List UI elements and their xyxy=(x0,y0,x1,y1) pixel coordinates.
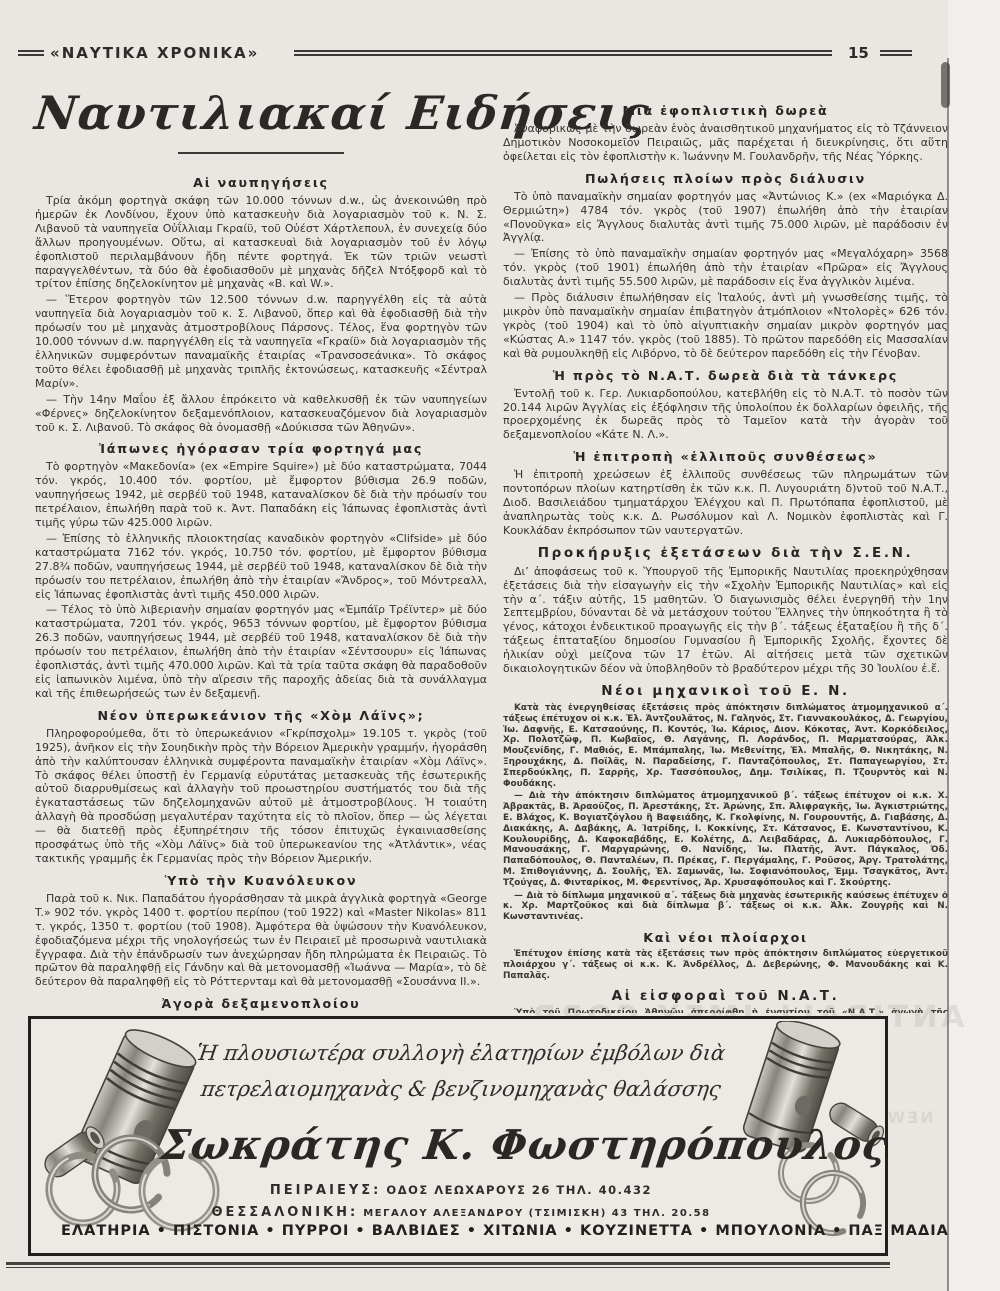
journal-title: «ΝΑΥΤΙΚΑ ΧΡΟΝΙΚΑ» xyxy=(50,44,259,62)
article-heading: Ἰάπωνες ἠγόρασαν τρία φορτηγά μας xyxy=(35,441,487,456)
ad-city-label: ΘΕΣΣΑΛΟΝΙΚΗ: xyxy=(211,1205,358,1220)
article: Προκήρυξις ἐξετάσεων διὰ τὴν Σ.Ε.Ν.Δι’ ἀ… xyxy=(503,545,948,676)
article-heading: Ἡ πρὸς τὸ Ν.Α.Τ. δωρεὰ διὰ τὰ τάνκερς xyxy=(503,368,948,383)
article-paragraph: Δι’ ἀποφάσεως τοῦ κ. Ὑπουργοῦ τῆς Ἐμπορι… xyxy=(503,565,948,676)
article-paragraph: — Ἕτερον φορτηγὸν τῶν 12.500 τόννων d.w.… xyxy=(35,293,487,390)
article: Ἡ πρὸς τὸ Ν.Α.Τ. δωρεὰ διὰ τὰ τάνκερςἘντ… xyxy=(503,368,948,443)
article-heading: Νέοι μηχανικοὶ τοῦ Ε. Ν. xyxy=(503,683,948,699)
left-column: Αἱ ναυπηγήσειςΤρία ἀκόμη φορτηγὰ σκάφη τ… xyxy=(35,168,487,1013)
article-paragraph: Παρὰ τοῦ κ. Νικ. Παπαδάτου ἠγοράσθησαν τ… xyxy=(35,892,487,989)
article-heading: Νέον ὑπερωκεάνιον τῆς «Χὸμ Λάϊνς»; xyxy=(35,708,487,723)
article-paragraph: Ἀναφορικῶς μὲ τὴν δωρεὰν ἑνὸς ἀναισθητικ… xyxy=(503,122,948,164)
article-paragraph: Τὸ φορτηγὸν «Μακεδονία» (ex «Empire Squi… xyxy=(35,460,487,530)
ad-city-label: ΠΕΙΡΑΙΕΥΣ: xyxy=(270,1183,381,1198)
article-heading: Αἱ ναυπηγήσεις xyxy=(35,175,487,190)
article-paragraph: Ἡ ἐπιτροπὴ χρεώσεων ἐξ ἐλλιποῦς συνθέσεω… xyxy=(503,468,948,538)
ad-company-name: Σωκράτης Κ. Φωστηρόπουλος xyxy=(158,1121,764,1169)
article-heading: Ἡ ἐπιτροπὴ «ἐλλιποῦς συνθέσεως» xyxy=(503,449,948,464)
article: Μία ἐφοπλιστικὴ δωρεὰἈναφορικῶς μὲ τὴν δ… xyxy=(503,103,948,164)
article-heading: Πωλήσεις πλοίων πρὸς διάλυσιν xyxy=(503,171,948,186)
masthead-rule-right xyxy=(880,50,912,56)
masthead-rule-left xyxy=(18,50,44,56)
article: Νέοι μηχανικοὶ τοῦ Ε. Ν.Κατὰ τὰς ἐνεργηθ… xyxy=(503,683,948,923)
article-paragraph: — Διὰ τὸ δίπλωμα μηχανικοῦ α΄. τάξεως δι… xyxy=(503,891,948,923)
article-paragraph: — Διὰ τὴν ἀπόκτησιν διπλώματος ἀτμομηχαν… xyxy=(503,791,948,888)
article: Καὶ νέοι πλοίαρχοιἘπέτυχον ἐπίσης κατὰ τ… xyxy=(503,930,948,981)
article: Πωλήσεις πλοίων πρὸς διάλυσινΤὸ ὑπὸ πανα… xyxy=(503,171,948,361)
ad-address-thessaloniki: ΘΕΣΣΑΛΟΝΙΚΗ: ΜΕΓΑΛΟΥ ΑΛΕΞΑΝΔΡΟΥ (ΤΣΙΜΙΣΚ… xyxy=(151,1201,771,1220)
article-paragraph: Κατὰ τὰς ἐνεργηθείσας ἐξετάσεις πρὸς ἀπό… xyxy=(503,703,948,789)
article-paragraph: Ἐπέτυχον ἐπίσης κατὰ τὰς ἐξετάσεις των π… xyxy=(503,949,948,981)
right-column: Μία ἐφοπλιστικὴ δωρεὰἈναφορικῶς μὲ τὴν δ… xyxy=(503,96,948,1013)
article-paragraph: — Τὴν 14ην Μαΐου ἐξ ἄλλου ἐπρόκειτο νὰ κ… xyxy=(35,393,487,435)
section-script-title: Ναυτιλιακαί Ειδήσεις xyxy=(32,86,490,140)
article-paragraph: Τὸ ὑπὸ παναμαϊκὴν σημαίαν φορτηγόν μας «… xyxy=(503,190,948,246)
article-paragraph: Ἐντολῇ τοῦ κ. Γερ. Λυκιαρδοπούλου, κατεβ… xyxy=(503,387,948,443)
ad-tagline-line1: Ἡ πλουσιωτέρα συλλογὴ ἐλατηρίων ἐμβόλων … xyxy=(149,1041,772,1065)
article: Ὑπὸ τὴν ΚυανόλευκονΠαρὰ τοῦ κ. Νικ. Παπα… xyxy=(35,873,487,989)
page-number: 15 xyxy=(848,44,869,62)
ad-address-detail: ΟΔΟΣ ΛΕΩΧΑΡΟΥΣ 26 ΤΗΛ. 40.432 xyxy=(386,1183,652,1197)
section-title-underline xyxy=(178,152,344,154)
page-right-margin xyxy=(948,0,1000,1291)
article-heading: Μία ἐφοπλιστικὴ δωρεὰ xyxy=(503,103,948,118)
article: Ἀγορὰ δεξαμενοπλοίουΠαρὰ τῆς ἑλληνικῶν σ… xyxy=(35,996,487,1013)
article-heading: Προκήρυξις ἐξετάσεων διὰ τὴν Σ.Ε.Ν. xyxy=(503,545,948,561)
article-paragraph: — Πρὸς διάλυσιν ἐπωλήθησαν εἰς Ἰταλούς, … xyxy=(503,291,948,361)
ad-address-piraeus: ΠΕΙΡΑΙΕΥΣ: ΟΔΟΣ ΛΕΩΧΑΡΟΥΣ 26 ΤΗΛ. 40.432 xyxy=(151,1179,771,1198)
ad-products-line: ΕΛΑΤΗΡΙΑ • ΠΙΣΤΟΝΙΑ • ΠΥΡΡΟΙ • ΒΑΛΒΙΔΕΣ … xyxy=(61,1223,851,1239)
bottom-page-rule xyxy=(6,1262,890,1268)
article-paragraph: — Ἐπίσης τὸ ὑπὸ παναμαϊκὴν σημαίαν φορτη… xyxy=(503,247,948,289)
article: Ἡ ἐπιτροπὴ «ἐλλιποῦς συνθέσεως»Ἡ ἐπιτροπ… xyxy=(503,449,948,538)
article-paragraph: — Τέλος τὸ ὑπὸ λιβεριανὴν σημαίαν φορτηγ… xyxy=(35,603,487,700)
article: Νέον ὑπερωκεάνιον τῆς «Χὸμ Λάϊνς»;Πληροφ… xyxy=(35,708,487,866)
advertisement-box: Ἡ πλουσιωτέρα συλλογὴ ἐλατηρίων ἐμβόλων … xyxy=(28,1016,888,1256)
ad-address-detail: ΜΕΓΑΛΟΥ ΑΛΕΞΑΝΔΡΟΥ (ΤΣΙΜΙΣΚΗ) 43 ΤΗΛ. 20… xyxy=(363,1208,710,1219)
masthead-rule-center xyxy=(294,50,832,56)
article-heading: Καὶ νέοι πλοίαρχοι xyxy=(503,930,948,945)
article: Ἰάπωνες ἠγόρασαν τρία φορτηγά μαςΤὸ φορτ… xyxy=(35,441,487,700)
article-heading: Ἀγορὰ δεξαμενοπλοίου xyxy=(35,996,487,1011)
article-heading: Ὑπὸ τὴν Κυανόλευκον xyxy=(35,873,487,888)
article-paragraph: — Ἐπίσης τὸ ἑλληνικῆς πλοιοκτησίας καναδ… xyxy=(35,532,487,602)
article-paragraph: Τρία ἀκόμη φορτηγὰ σκάφη τῶν 10.000 τόνν… xyxy=(35,194,487,291)
article-paragraph: Πληροφορούμεθα, ὅτι τὸ ὑπερωκεάνιον «Γκρ… xyxy=(35,727,487,866)
article: Αἱ ναυπηγήσειςΤρία ἀκόμη φορτηγὰ σκάφη τ… xyxy=(35,175,487,434)
magazine-page: { "masthead": { "journal": "«ΝΑΥΤΙΚΑ ΧΡΟ… xyxy=(0,0,1000,1291)
ad-tagline-line2: πετρελαιομηχανὰς & βενζινομηχανὰς θαλάσσ… xyxy=(149,1077,772,1101)
